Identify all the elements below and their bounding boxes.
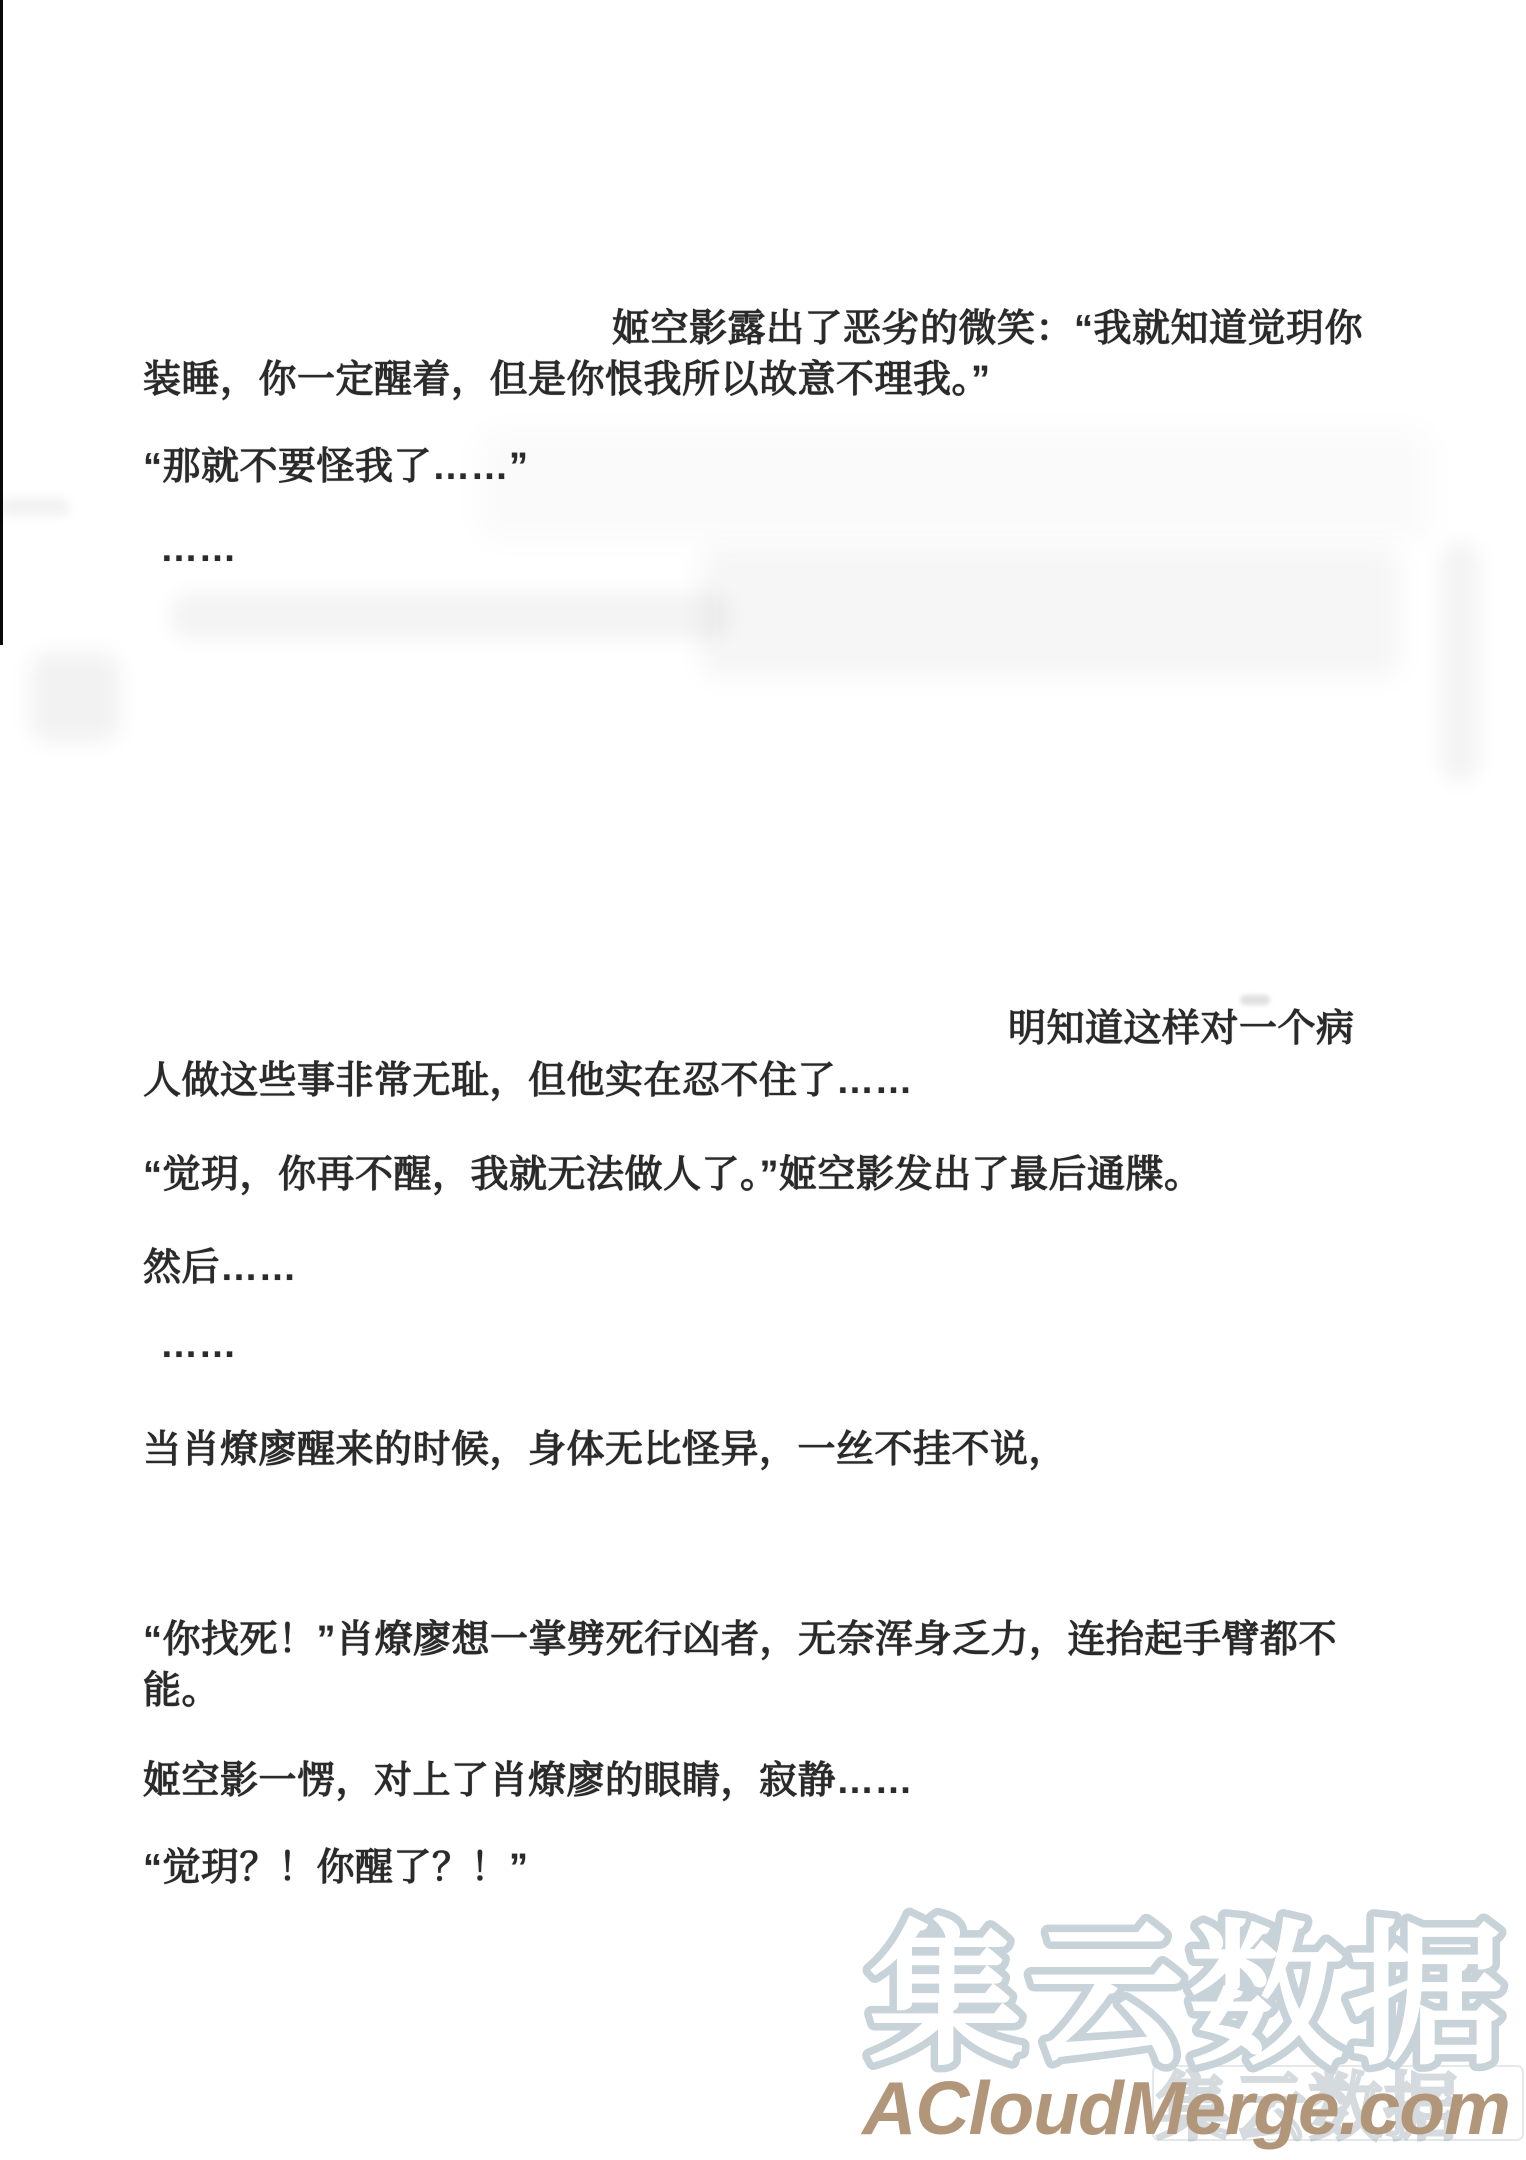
ghost-smudge	[700, 548, 1400, 678]
novel-line-6: 人做这些事非常无耻，但他实在忍不住了……	[143, 1058, 913, 1104]
novel-line-7: “觉玥，你再不醒，我就无法做人了。”姬空影发出了最后通牒。	[143, 1152, 1203, 1198]
ghost-smudge	[30, 652, 120, 742]
watermark-brand-cn: 集云数据	[868, 1910, 1508, 2084]
novel-line-2: 装睡，你一定醒着，但是你恨我所以故意不理我。”	[143, 357, 991, 403]
novel-line-12: 能。	[143, 1668, 220, 1714]
novel-page: 姬空影露出了恶劣的微笑：“我就知道觉玥你 装睡，你一定醒着，但是你恨我所以故意不…	[0, 0, 1526, 2160]
novel-line-13: 姬空影一愣，对上了肖燎廖的眼睛，寂静……	[143, 1758, 913, 1804]
novel-line-1: 姬空影露出了恶劣的微笑：“我就知道觉玥你	[612, 306, 1363, 352]
watermark: 集云数据 集云数据 ACloudMerge.com	[848, 1888, 1526, 2153]
novel-line-5: 明知道这样对一个病	[1008, 1006, 1355, 1052]
novel-line-10: 当肖燎廖醒来的时候，身体无比怪异，一丝不挂不说，	[143, 1427, 1067, 1473]
novel-line-3: “那就不要怪我了……”	[143, 444, 529, 490]
novel-line-14: “觉玥？！你醒了？！”	[143, 1845, 529, 1891]
ghost-smudge	[1440, 542, 1480, 782]
ghost-smudge	[170, 592, 730, 640]
novel-line-8: 然后……	[143, 1245, 297, 1291]
watermark-url: ACloudMerge.com	[860, 2066, 1510, 2150]
novel-line-9: ……	[160, 1322, 237, 1368]
novel-line-4: ……	[160, 526, 237, 572]
page-edge-scan-line	[0, 0, 3, 645]
novel-line-11: “你找死！”肖燎廖想一掌劈死行凶者，无奈浑身乏力，连抬起手臂都不	[143, 1617, 1337, 1663]
ghost-smudge	[0, 498, 70, 516]
ghost-smudge	[480, 430, 1430, 540]
ghost-smudge	[1240, 995, 1270, 1005]
